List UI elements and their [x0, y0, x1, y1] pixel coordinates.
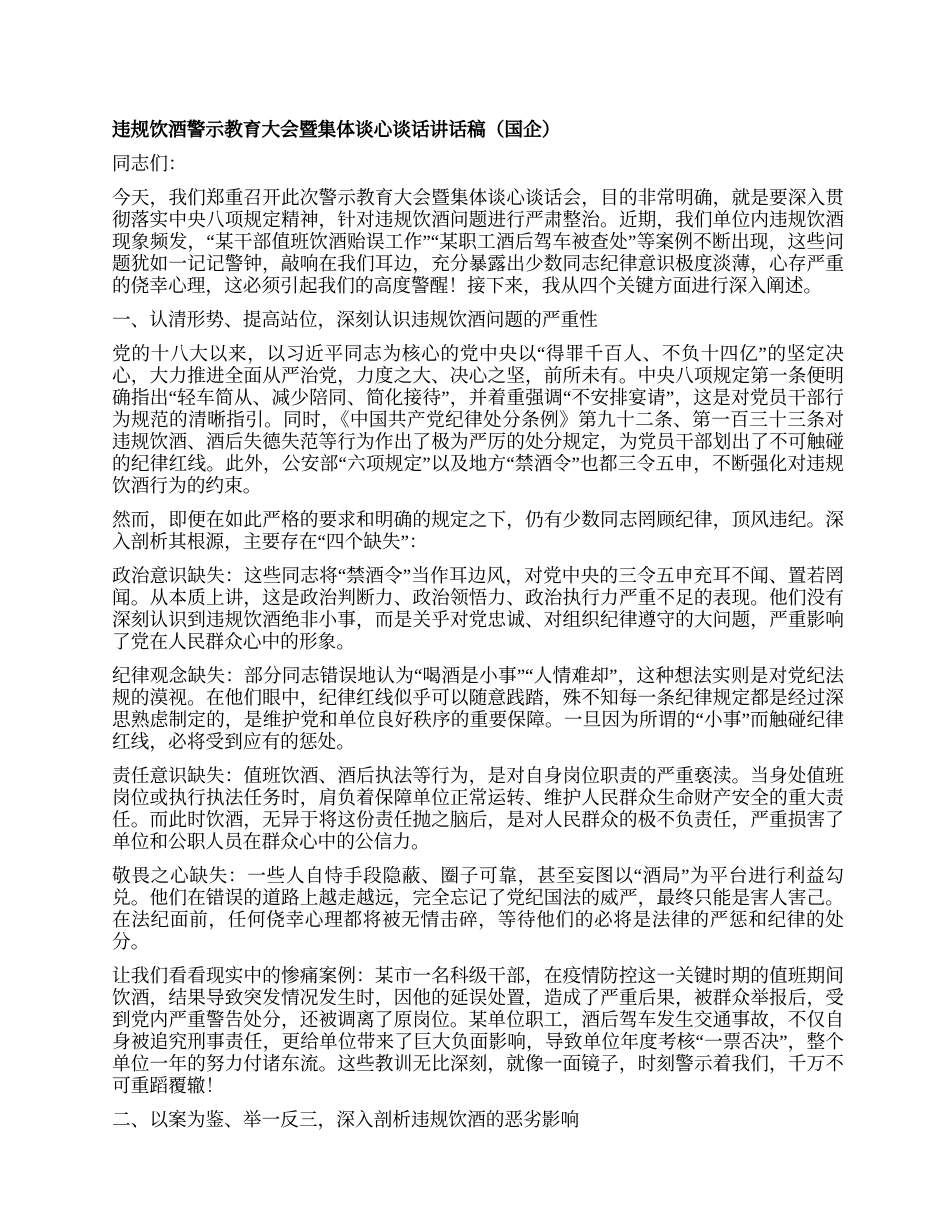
paragraph-policy-background: 党的十八大以来，以习近平同志为核心的党中央以“得罪千百人、不负十四亿”的坚定决心… — [112, 344, 844, 498]
paragraph-case-examples: 让我们看看现实中的惨痛案例：某市一名科级干部，在疫情防控这一关键时期的值班期间饮… — [112, 966, 844, 1098]
section-heading-2: 二、以案为鉴、举一反三，深入剖析违规饮酒的恶劣影响 — [112, 1110, 844, 1132]
section-heading-1: 一、认清形势、提高站位，深刻认识违规饮酒问题的严重性 — [112, 310, 844, 332]
paragraph-intro: 今天，我们郑重召开此次警示教育大会暨集体谈心谈话会，目的非常明确，就是要深入贯彻… — [112, 188, 844, 298]
paragraph-four-deficiencies-lead: 然而，即便在如此严格的要求和明确的规定之下，仍有少数同志罔顾纪律，顶风违纪。深入… — [112, 510, 844, 554]
paragraph-responsibility-awareness: 责任意识缺失：值班饮酒、酒后执法等行为，是对自身岗位职责的严重亵渎。当身处值班岗… — [112, 766, 844, 854]
paragraph-political-awareness: 政治意识缺失：这些同志将“禁酒令”当作耳边风，对党中央的三令五申充耳不闻、置若罔… — [112, 566, 844, 654]
paragraph-discipline-concept: 纪律观念缺失：部分同志错误地认为“喝酒是小事”“人情难却”，这种想法实则是对党纪… — [112, 666, 844, 754]
document-page: { "doc": { "title": "违规饮酒警示教育大会暨集体谈心谈话讲话… — [0, 0, 950, 1230]
salutation: 同志们： — [112, 154, 844, 176]
document-title: 违规饮酒警示教育大会暨集体谈心谈话讲话稿（国企） — [112, 120, 844, 142]
speech-document: 违规饮酒警示教育大会暨集体谈心谈话讲话稿（国企） 同志们： 今天，我们郑重召开此… — [112, 120, 844, 1144]
paragraph-reverence-lacking: 敬畏之心缺失：一些人自恃手段隐蔽、圈子可靠，甚至妄图以“酒局”为平台进行利益勾兑… — [112, 866, 844, 954]
